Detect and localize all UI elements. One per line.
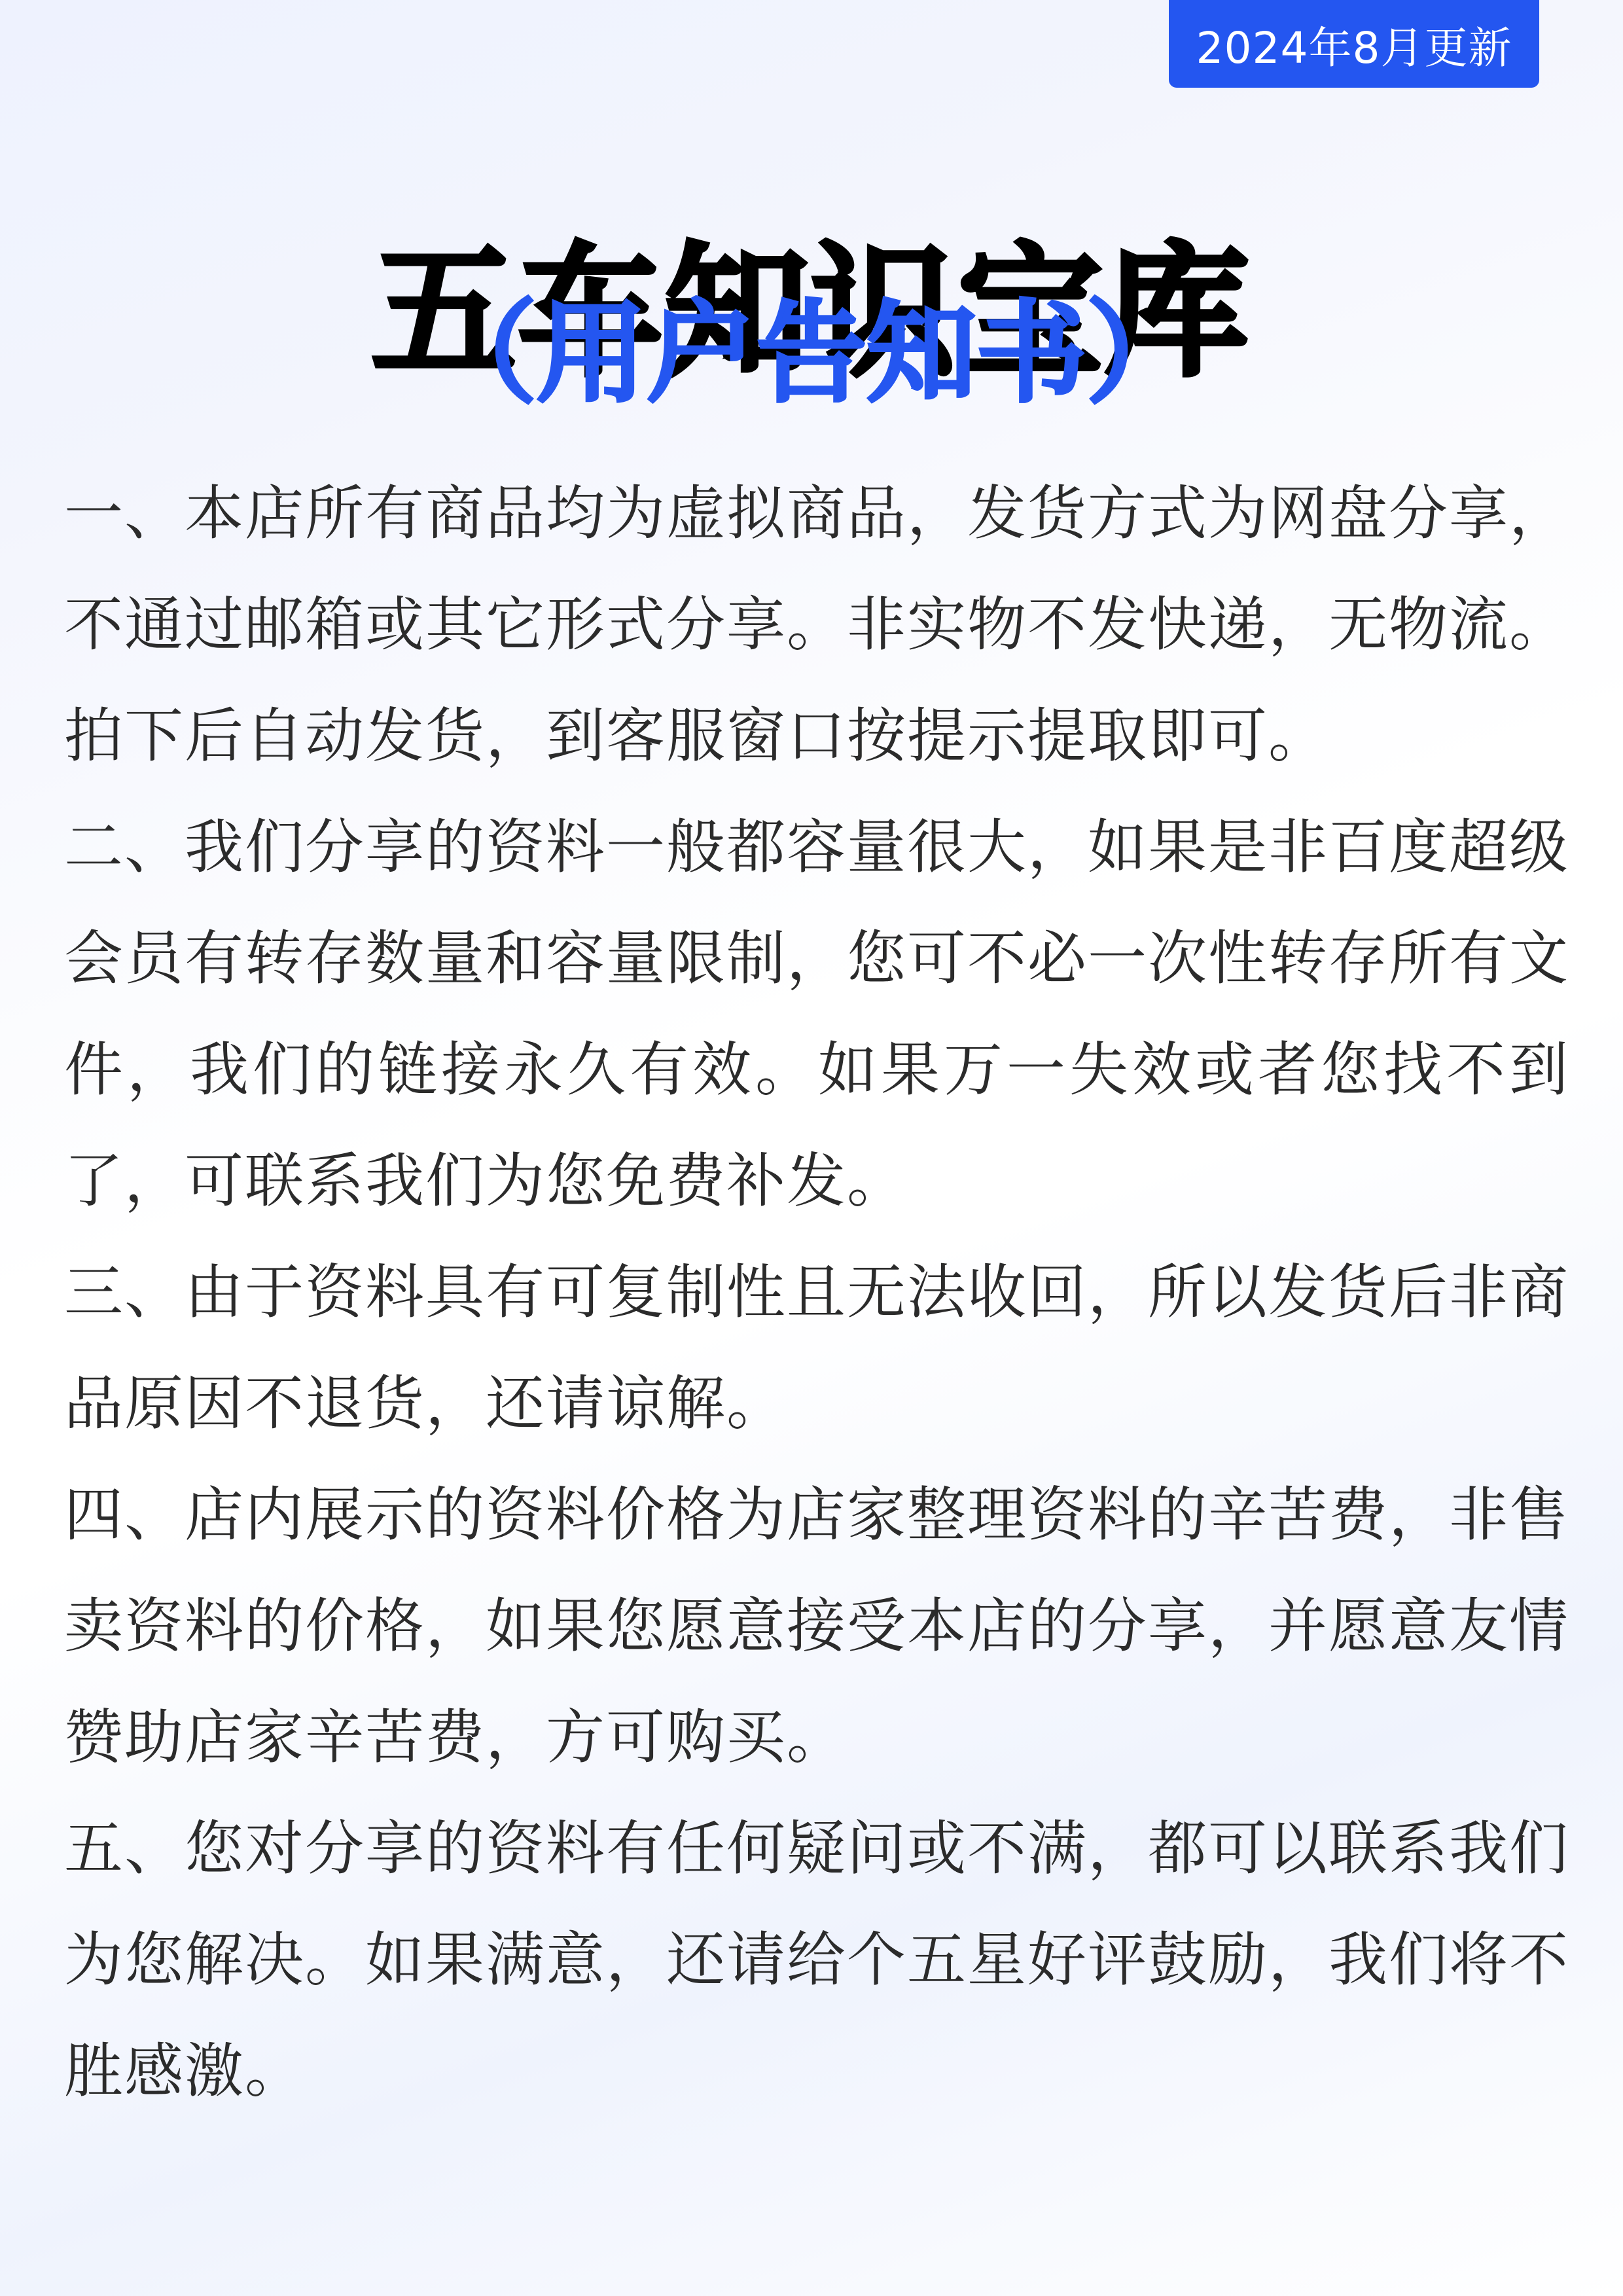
notice-paragraph-3: 三、由于资料具有可复制性且无法收回，所以发货后非商品原因不退货，还请谅解。: [64, 1237, 1569, 1460]
notice-paragraph-4: 四、店内展示的资料价格为店家整理资料的辛苦费，非售卖资料的价格，如果您愿意接受本…: [64, 1460, 1569, 1793]
update-date-badge: 2024年8月更新: [1169, 0, 1539, 88]
notice-paragraph-1: 一、本店所有商品均为虚拟商品，发货方式为网盘分享，不通过邮箱或其它形式分享。非实…: [64, 458, 1569, 792]
notice-paragraph-5: 五、您对分享的资料有任何疑问或不满，都可以联系我们为您解决。如果满意，还请给个五…: [64, 1793, 1569, 2127]
notice-body: 一、本店所有商品均为虚拟商品，发货方式为网盘分享，不通过邮箱或其它形式分享。非实…: [64, 458, 1569, 2127]
page-subtitle: （用户告知书）: [0, 288, 1623, 419]
update-date-label: 2024年8月更新: [1196, 13, 1512, 75]
notice-paragraph-2: 二、我们分享的资料一般都容量很大，如果是非百度超级会员有转存数量和容量限制，您可…: [64, 792, 1569, 1237]
